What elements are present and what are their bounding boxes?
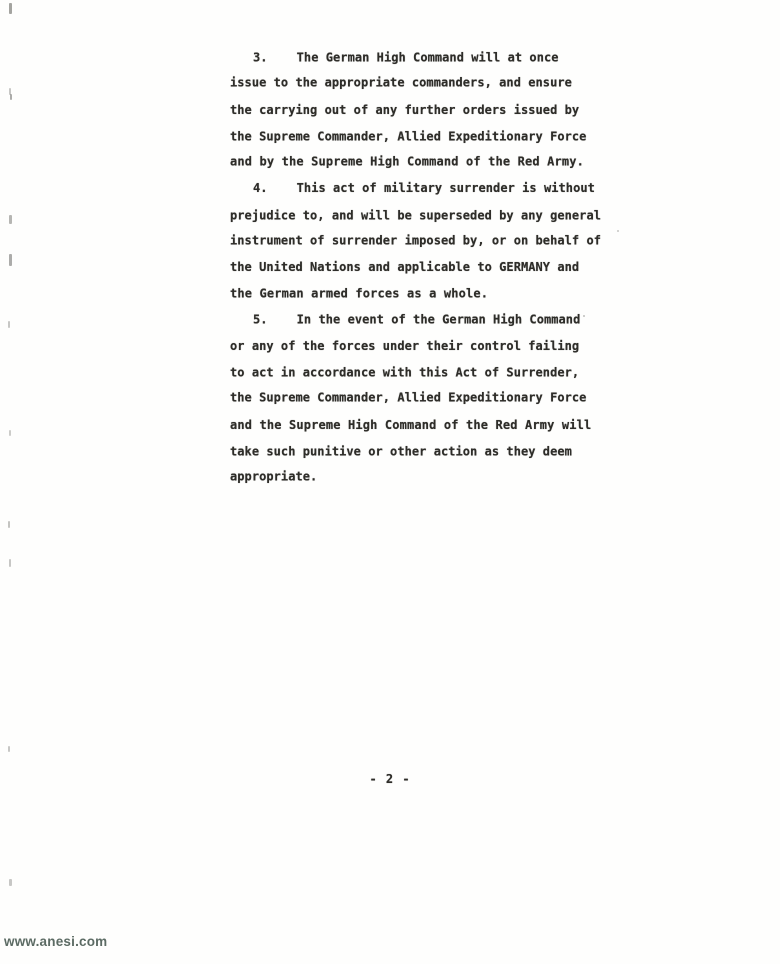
text-line: prejudice to, and will be superseded by … [230, 202, 620, 228]
text-line: 5. In the event of the German High Comma… [230, 306, 620, 332]
text-line: the United Nations and applicable to GER… [230, 254, 620, 280]
scan-speckle [583, 315, 585, 317]
text-line: and by the Supreme High Command of the R… [230, 149, 620, 175]
text-line: instrument of surrender imposed by, or o… [230, 227, 620, 253]
scan-speckle [9, 430, 11, 436]
scan-speckle [8, 746, 10, 752]
text-block: 3. The German High Command will at oncei… [230, 44, 620, 490]
scan-speckle [617, 230, 619, 232]
text-line: the Supreme Commander, Allied Expedition… [230, 123, 620, 149]
text-line: 4. This act of military surrender is wit… [230, 175, 620, 201]
text-line: to act in accordance with this Act of Su… [230, 359, 620, 385]
text-line: the German armed forces as a whole. [230, 281, 620, 307]
text-line: 3. The German High Command will at once [230, 44, 620, 70]
text-line: take such punitive or other action as th… [230, 438, 620, 464]
text-line: the Supreme Commander, Allied Expedition… [230, 385, 620, 411]
text-line: issue to the appropriate commanders, and… [230, 70, 620, 96]
page-number: - 2 - [0, 772, 780, 786]
scan-speckle [9, 559, 11, 567]
scan-speckle [9, 879, 12, 886]
text-line: or any of the forces under their control… [230, 333, 620, 359]
scan-speckle [8, 521, 10, 528]
text-line: and the Supreme High Command of the Red … [230, 412, 620, 438]
scan-speckle [9, 3, 12, 14]
document-page: 3. The German High Command will at oncei… [0, 0, 780, 964]
scan-speckle [10, 94, 12, 100]
scan-speckle [8, 321, 10, 328]
scan-speckle [9, 254, 12, 266]
text-line: the carrying out of any further orders i… [230, 97, 620, 123]
scan-speckle [9, 215, 12, 224]
text-line: appropriate. [230, 464, 620, 490]
watermark: www.anesi.com [4, 934, 107, 949]
